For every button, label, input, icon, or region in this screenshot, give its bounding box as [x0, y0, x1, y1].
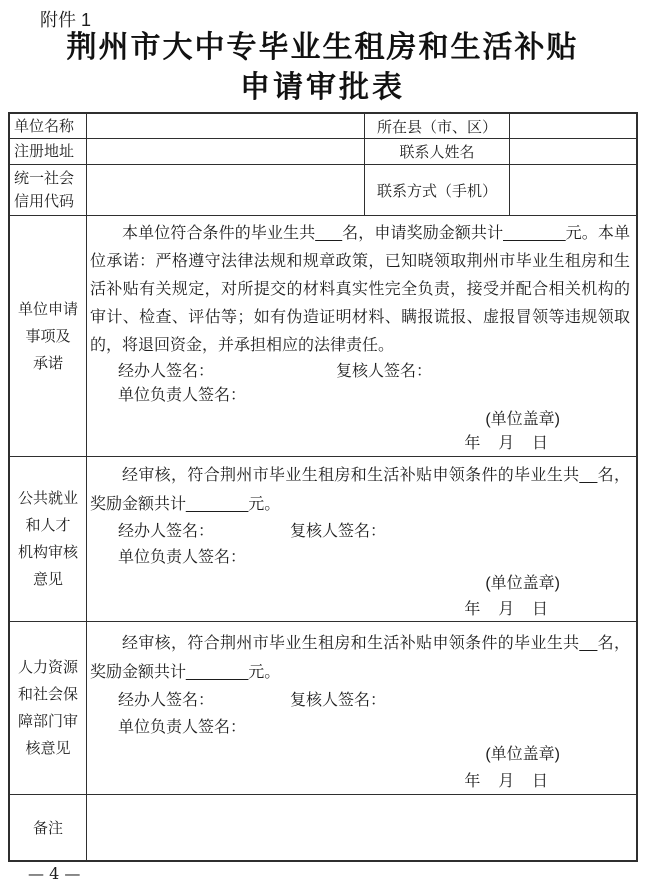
label-line: 障部门审	[18, 708, 78, 735]
contact-phone-label: 联系方式（手机）	[365, 165, 510, 215]
unit-head-signature-label: 单位负责人签名：	[118, 545, 630, 571]
page-number: — 4 —	[28, 864, 80, 883]
section-employment-agency-review: 公共就业 和人才 机构审核 意见 经审核，符合荆州市毕业生租房和生活补贴申领条件…	[10, 457, 636, 622]
label-line: 承诺	[33, 350, 63, 377]
contact-phone-field	[510, 165, 636, 215]
operator-signature-label: 经办人签名：	[118, 360, 336, 384]
label-line: 核意见	[25, 735, 70, 762]
signature-row: 经办人签名： 复核人签名：	[90, 519, 630, 545]
unit-name-field	[87, 114, 365, 138]
date-label: 年 月 日	[90, 768, 630, 794]
section-unit-commitment-body: 本单位符合条件的毕业生共___名，申请奖励金额共计_______元。本单位承诺：…	[87, 216, 636, 456]
label-line: 单位申请	[18, 296, 78, 323]
credit-code-label: 统一社会信用代码	[10, 165, 87, 215]
contact-name-field	[510, 139, 636, 164]
label-line: 意见	[33, 566, 63, 593]
label-line: 人力资源	[18, 654, 78, 681]
contact-name-label: 联系人姓名	[365, 139, 510, 164]
section-hr-department-review: 人力资源 和社会保 障部门审 核意见 经审核，符合荆州市毕业生租房和生活补贴申领…	[10, 622, 636, 795]
label-line: 公共就业	[18, 485, 78, 512]
reviewer-signature-label: 复核人签名：	[290, 687, 386, 714]
date-label: 年 月 日	[90, 597, 630, 621]
section-hr-department-review-label: 人力资源 和社会保 障部门审 核意见	[10, 622, 87, 794]
reviewer-signature-label: 复核人签名：	[336, 360, 432, 384]
county-field	[510, 114, 636, 138]
table-row: 统一社会信用代码 联系方式（手机）	[10, 165, 636, 216]
section-unit-commitment: 单位申请 事项及 承诺 本单位符合条件的毕业生共___名，申请奖励金额共计___…	[10, 216, 636, 457]
review-paragraph: 经审核，符合荆州市毕业生租房和生活补贴申领条件的毕业生共__名，奖励金额共计__…	[90, 629, 630, 687]
registered-address-field	[87, 139, 365, 164]
date-label: 年 月 日	[90, 432, 630, 456]
county-label: 所在县（市、区）	[365, 114, 510, 138]
section-hr-department-review-body: 经审核，符合荆州市毕业生租房和生活补贴申领条件的毕业生共__名，奖励金额共计__…	[87, 622, 636, 794]
title-line-1: 荆州市大中专毕业生租房和生活补贴	[0, 28, 645, 68]
table-row: 单位名称 所在县（市、区）	[10, 114, 636, 139]
unit-seal-label: (单位盖章)	[90, 408, 630, 432]
label-line: 事项及	[25, 323, 70, 350]
label-line: 机构审核	[18, 539, 78, 566]
remark-label: 备注	[10, 795, 87, 860]
unit-seal-label: (单位盖章)	[90, 741, 630, 768]
operator-signature-label: 经办人签名：	[118, 519, 290, 545]
unit-name-label: 单位名称	[10, 114, 87, 138]
unit-seal-label: (单位盖章)	[90, 571, 630, 597]
review-paragraph: 经审核，符合荆州市毕业生租房和生活补贴申领条件的毕业生共__名，奖励金额共计__…	[90, 461, 630, 519]
title-line-2: 申请审批表	[0, 68, 645, 108]
operator-signature-label: 经办人签名：	[118, 687, 290, 714]
signature-row: 经办人签名： 复核人签名：	[90, 360, 630, 384]
document-title: 荆州市大中专毕业生租房和生活补贴 申请审批表	[0, 28, 645, 108]
section-unit-commitment-label: 单位申请 事项及 承诺	[10, 216, 87, 456]
approval-form-table: 单位名称 所在县（市、区） 注册地址 联系人姓名 统一社会信用代码 联系方式（手…	[8, 112, 638, 862]
reviewer-signature-label: 复核人签名：	[290, 519, 386, 545]
label-line: 和人才	[25, 512, 70, 539]
section-employment-agency-review-body: 经审核，符合荆州市毕业生租房和生活补贴申领条件的毕业生共__名，奖励金额共计__…	[87, 457, 636, 621]
remark-row: 备注	[10, 795, 636, 860]
section-employment-agency-review-label: 公共就业 和人才 机构审核 意见	[10, 457, 87, 621]
table-row: 注册地址 联系人姓名	[10, 139, 636, 165]
registered-address-label: 注册地址	[10, 139, 87, 164]
label-line: 和社会保	[18, 681, 78, 708]
unit-head-signature-label: 单位负责人签名：	[118, 714, 630, 741]
unit-head-signature-label: 单位负责人签名：	[118, 384, 630, 408]
commitment-paragraph: 本单位符合条件的毕业生共___名，申请奖励金额共计_______元。本单位承诺：…	[90, 220, 630, 360]
credit-code-field	[87, 165, 365, 215]
signature-row: 经办人签名： 复核人签名：	[90, 687, 630, 714]
remark-field	[87, 795, 636, 860]
form-document-page: 附件 1 荆州市大中专毕业生租房和生活补贴 申请审批表 单位名称 所在县（市、区…	[0, 0, 645, 895]
